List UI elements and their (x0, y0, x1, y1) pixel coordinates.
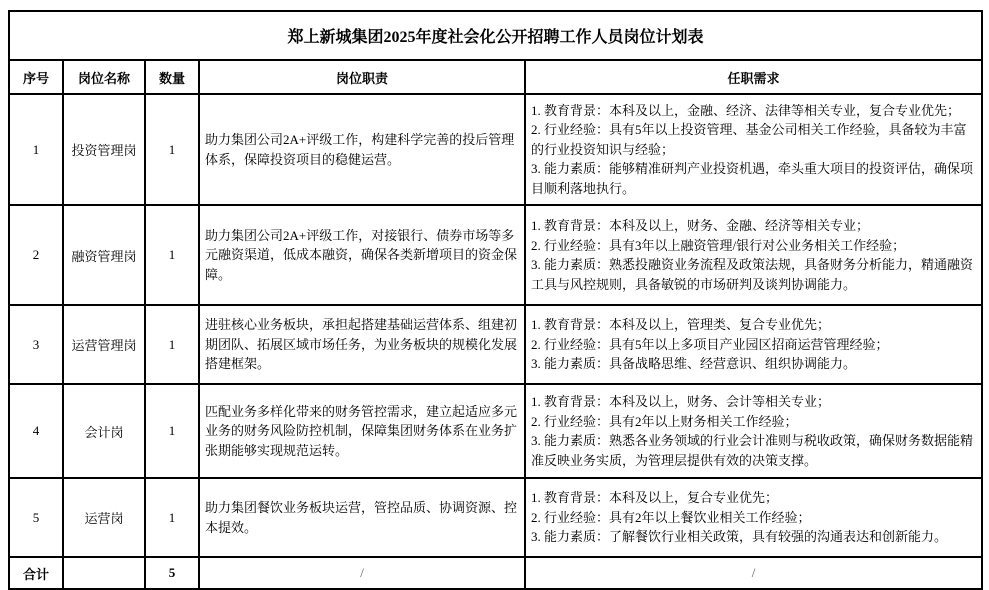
col-header-no: 序号 (9, 60, 63, 94)
cell-count: 1 (145, 305, 199, 384)
table-row: 1 投资管理岗 1 助力集团公司2A+评级工作，构建科学完善的投后管理体系，保障… (9, 94, 982, 205)
cell-count: 1 (145, 94, 199, 205)
cell-no: 3 (9, 305, 63, 384)
total-label: 合计 (9, 557, 63, 589)
job-plan-table: 郑上新城集团2025年度社会化公开招聘工作人员岗位计划表 序号 岗位名称 数量 … (8, 10, 983, 590)
total-position-name-empty (63, 557, 145, 589)
table-row: 4 会计岗 1 匹配业务多样化带来的财务管控需求，建立起适应多元业务的财务风险防… (9, 384, 982, 478)
header-row: 序号 岗位名称 数量 岗位职责 任职需求 (9, 60, 982, 94)
col-header-requirements: 任职需求 (525, 60, 982, 94)
table-row: 2 融资管理岗 1 助力集团公司2A+评级工作，对接银行、债券市场等多元融资渠道… (9, 205, 982, 305)
cell-duty: 助力集团公司2A+评级工作，对接银行、债券市场等多元融资渠道，低成本融资，确保各… (199, 205, 525, 305)
cell-count: 1 (145, 478, 199, 557)
total-requirements-slash: / (525, 557, 982, 589)
cell-duty: 助力集团餐饮业务板块运营，管控品质、协调资源、控本提效。 (199, 478, 525, 557)
col-header-count: 数量 (145, 60, 199, 94)
col-header-duty: 岗位职责 (199, 60, 525, 94)
cell-position-name: 会计岗 (63, 384, 145, 478)
total-duty-slash: / (199, 557, 525, 589)
cell-duty: 匹配业务多样化带来的财务管控需求，建立起适应多元业务的财务风险防控机制，保障集团… (199, 384, 525, 478)
cell-count: 1 (145, 384, 199, 478)
cell-duty: 助力集团公司2A+评级工作，构建科学完善的投后管理体系，保障投资项目的稳健运营。 (199, 94, 525, 205)
table-row: 3 运营管理岗 1 进驻核心业务板块，承担起搭建基础运营体系、组建初期团队、拓展… (9, 305, 982, 384)
col-header-position-name: 岗位名称 (63, 60, 145, 94)
cell-requirements: 1. 教育背景：本科及以上，复合专业优先； 2. 行业经验：具有2年以上餐饮业相… (525, 478, 982, 557)
cell-count: 1 (145, 205, 199, 305)
cell-position-name: 融资管理岗 (63, 205, 145, 305)
total-row: 合计 5 / / (9, 557, 982, 589)
table-row: 5 运营岗 1 助力集团餐饮业务板块运营，管控品质、协调资源、控本提效。 1. … (9, 478, 982, 557)
cell-no: 4 (9, 384, 63, 478)
table-title: 郑上新城集团2025年度社会化公开招聘工作人员岗位计划表 (9, 11, 982, 60)
total-count: 5 (145, 557, 199, 589)
cell-requirements: 1. 教育背景：本科及以上，金融、经济、法律等相关专业，复合专业优先； 2. 行… (525, 94, 982, 205)
cell-position-name: 运营管理岗 (63, 305, 145, 384)
cell-position-name: 运营岗 (63, 478, 145, 557)
cell-no: 2 (9, 205, 63, 305)
cell-position-name: 投资管理岗 (63, 94, 145, 205)
title-row: 郑上新城集团2025年度社会化公开招聘工作人员岗位计划表 (9, 11, 982, 60)
cell-no: 5 (9, 478, 63, 557)
cell-requirements: 1. 教育背景：本科及以上，管理类、复合专业优先； 2. 行业经验：具有5年以上… (525, 305, 982, 384)
cell-no: 1 (9, 94, 63, 205)
cell-requirements: 1. 教育背景：本科及以上，财务、会计等相关专业； 2. 行业经验：具有2年以上… (525, 384, 982, 478)
cell-duty: 进驻核心业务板块，承担起搭建基础运营体系、组建初期团队、拓展区域市场任务，为业务… (199, 305, 525, 384)
cell-requirements: 1. 教育背景：本科及以上，财务、金融、经济等相关专业； 2. 行业经验：具有3… (525, 205, 982, 305)
